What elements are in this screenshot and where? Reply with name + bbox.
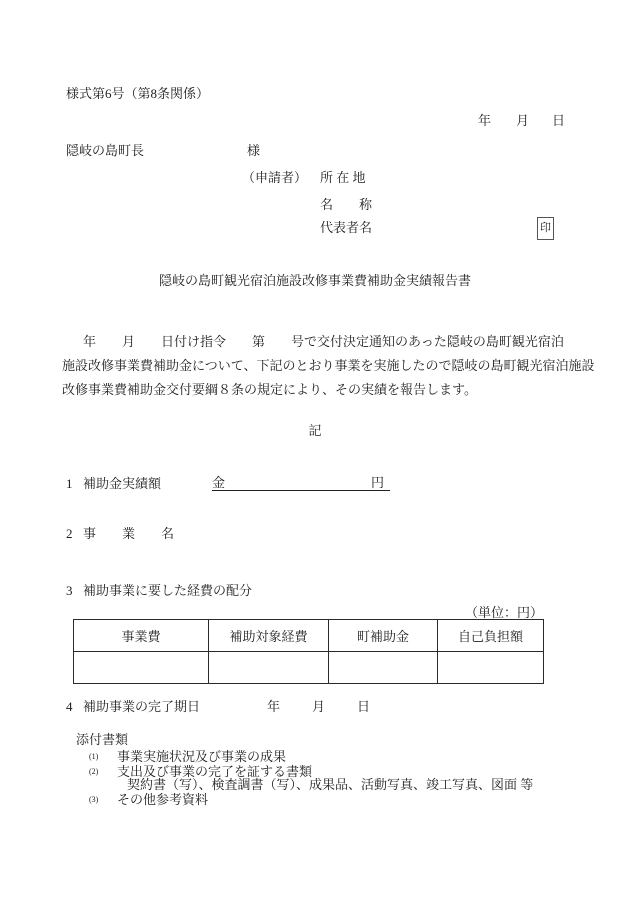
item3-label: 補助事業に要した経費の配分 [83, 582, 252, 600]
item3-number: 3 [66, 582, 73, 600]
date-month-label: 月 [516, 112, 529, 130]
cost-allocation-table: 事業費 補助対象経費 町補助金 自己負担額 [73, 619, 544, 684]
attachments-title: 添付書類 [76, 731, 128, 749]
addressee: 隠岐の島町長 [66, 142, 144, 160]
attachment-1-number: (1) [89, 751, 98, 763]
record-mark: 記 [0, 422, 630, 440]
item4-label: 補助事業の完了期日 [83, 698, 200, 716]
amount-suffix: 円 [371, 475, 384, 490]
applicant-address-label: 所 在 地 [320, 169, 366, 187]
body-line: 年 月 日付け指令 第 号で交付決定通知のあった隠岐の島町観光宿泊 [62, 330, 582, 354]
date-day-label: 日 [552, 112, 565, 130]
table-row [74, 652, 544, 684]
item2-number: 2 [66, 525, 73, 543]
seal-mark: 印 [537, 217, 554, 240]
item2-label: 事 業 名 [83, 525, 174, 543]
completion-month-label: 月 [312, 698, 325, 716]
item1-label: 補助金実績額 [83, 475, 161, 493]
table-header-row: 事業費 補助対象経費 町補助金 自己負担額 [74, 620, 544, 652]
amount-prefix: 金 [212, 475, 225, 490]
applicant-representative-label: 代表者名 [320, 219, 372, 237]
amount-blank-field: 金 円 [212, 475, 390, 491]
attachment-3-number: (3) [89, 794, 98, 806]
header-self-burden: 自己負担額 [438, 620, 544, 652]
applicant-name-label: 名 称 [320, 196, 372, 214]
item4-number: 4 [66, 698, 73, 716]
document-title: 隠岐の島町観光宿泊施設改修事業費補助金実績報告書 [0, 272, 630, 290]
seal-character: 印 [540, 222, 551, 234]
body-paragraph: 年 月 日付け指令 第 号で交付決定通知のあった隠岐の島町観光宿泊 施設改修事業… [62, 330, 582, 402]
attachment-3-text: その他参考資料 [117, 791, 208, 809]
cell-project-cost [74, 652, 209, 684]
applicant-label: （申請者） [242, 169, 307, 187]
header-town-subsidy: 町補助金 [329, 620, 438, 652]
header-project-cost: 事業費 [74, 620, 209, 652]
date-year-label: 年 [478, 112, 491, 130]
addressee-honorific: 様 [247, 142, 260, 160]
completion-year-label: 年 [267, 698, 280, 716]
cell-town-subsidy [329, 652, 438, 684]
attachment-2-number: (2) [89, 766, 98, 778]
completion-day-label: 日 [357, 698, 370, 716]
header-eligible-expense: 補助対象経費 [209, 620, 329, 652]
cell-eligible-expense [209, 652, 329, 684]
subsidy-report-form-page: 様式第6号（第8条関係） 年 月 日 隠岐の島町長 様 （申請者） 所 在 地 … [0, 0, 630, 903]
item1-number: 1 [66, 475, 73, 493]
cell-self-burden [438, 652, 544, 684]
body-line: 施設改修事業費補助金について、下記のとおり事業を実施したので隠岐の島町観光宿泊施… [62, 354, 582, 378]
form-number: 様式第6号（第8条関係） [66, 85, 209, 103]
body-line: 改修事業費補助金交付要綱８条の規定により、その実績を報告します。 [62, 378, 582, 402]
